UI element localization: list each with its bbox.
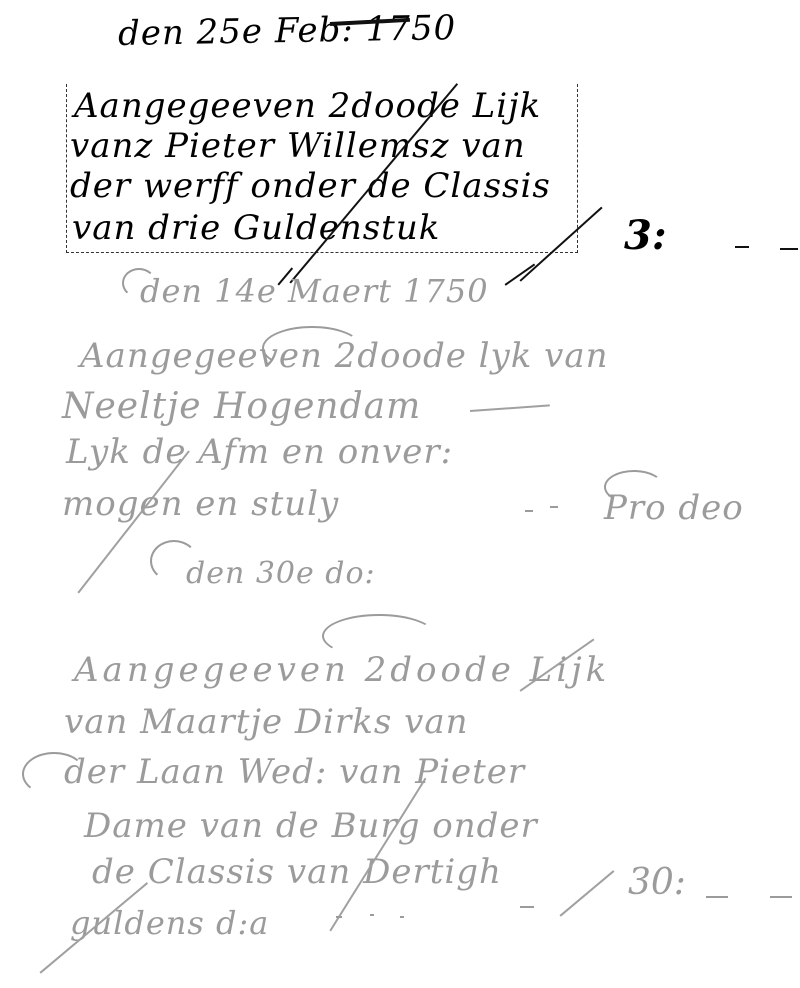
- entry-line: de Classis van Dertigh: [92, 852, 502, 892]
- amount-leader: [400, 916, 404, 918]
- entry-amount: 30:: [628, 862, 686, 903]
- flourish-stroke: [505, 263, 535, 285]
- entry-line: Aangegeeven 2doode lyk van: [80, 336, 609, 376]
- amount-trail: [780, 248, 798, 250]
- entry-line: van Maartje Dirks van: [64, 702, 469, 742]
- entry-note: Pro deo: [604, 488, 744, 528]
- amount-trail: [706, 896, 728, 898]
- entry-line: Aangegeeven 2doode Lijk: [74, 86, 541, 126]
- flourish-stroke: [470, 404, 550, 411]
- entry-date: den 25e Feb: 1750: [118, 8, 457, 54]
- amount-leader: [336, 916, 342, 918]
- note-leader: [550, 506, 558, 508]
- document-page: den 25e Feb: 1750 Aangegeeven 2doode Lij…: [0, 0, 800, 988]
- entry-line: Neeltje Hogendam: [62, 386, 421, 427]
- amount-leader: [520, 906, 534, 908]
- entry-amount: 3:: [624, 212, 667, 259]
- entry-date: den 14e Maert 1750: [140, 272, 489, 310]
- note-leader: [525, 510, 533, 512]
- entry-line: Lyk de Afm en onver:: [66, 432, 453, 472]
- amount-trail: [735, 246, 749, 248]
- flourish-stroke: [560, 870, 615, 916]
- entry-line: der Laan Wed: van Pieter: [64, 752, 525, 792]
- entry-line: van drie Guldenstuk: [72, 208, 440, 248]
- entry-line: Dame van de Burg onder: [84, 806, 538, 846]
- entry-line: mogen en stuly: [62, 484, 339, 524]
- entry-line: der werff onder de Classis: [70, 166, 551, 206]
- amount-trail: [770, 896, 792, 898]
- entry-line: vanz Pieter Willemsz van: [70, 126, 526, 166]
- amount-leader: [370, 914, 374, 916]
- entry-date: den 30e do:: [186, 556, 376, 591]
